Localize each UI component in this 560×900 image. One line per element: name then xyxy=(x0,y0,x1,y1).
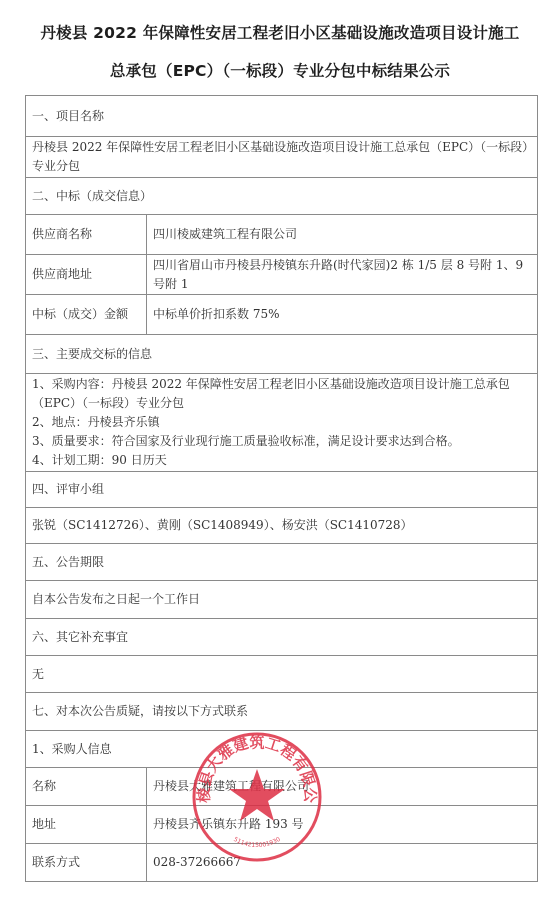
contact-heading: 七、对本次公告质疑，请按以下方式联系 xyxy=(26,693,538,731)
main-info-line-3: 3、质量要求：符合国家及行业现行施工质量验收标准，满足设计要求达到合格。 xyxy=(32,432,531,451)
table-row: 地址 丹棱县齐乐镇东升路 193 号 xyxy=(26,806,538,844)
notice-period-heading: 五、公告期限 xyxy=(26,544,538,581)
purchaser-name-label: 名称 xyxy=(26,768,147,806)
supplier-address-value: 四川省眉山市丹棱县丹棱镇东升路(时代家园)2 栋 1/5 层 8 号附 1、9 … xyxy=(147,255,538,295)
supplier-name-value: 四川棱威建筑工程有限公司 xyxy=(147,215,538,255)
supplier-address-label: 供应商地址 xyxy=(26,255,147,295)
table-row: 名称 丹棱县大雅建筑工程有限公司 xyxy=(26,768,538,806)
main-info-line-4: 4、计划工期：90 日历天 xyxy=(32,451,531,470)
bid-amount-value: 中标单价折扣系数 75% xyxy=(147,295,538,335)
purchaser-address-value: 丹棱县齐乐镇东升路 193 号 xyxy=(147,806,538,844)
bid-amount-label: 中标（成交）金额 xyxy=(26,295,147,335)
table-row: 联系方式 028-37266667 xyxy=(26,844,538,882)
winner-heading: 二、中标（成交信息） xyxy=(26,178,538,215)
purchaser-phone-value: 028-37266667 xyxy=(147,844,538,882)
main-info-line-2: 2、地点：丹棱县齐乐镇 xyxy=(32,413,531,432)
document-title-line2: 总承包（EPC）（一标段）专业分包中标结果公示 xyxy=(0,59,560,81)
purchaser-name-value: 丹棱县大雅建筑工程有限公司 xyxy=(147,768,538,806)
review-panel-value: 张锐（SC1412726）、黄刚（SC1408949）、杨安洪（SC141072… xyxy=(26,508,538,544)
table-row: 供应商名称 四川棱威建筑工程有限公司 xyxy=(26,215,538,255)
other-matters-heading: 六、其它补充事宜 xyxy=(26,619,538,656)
other-matters-value: 无 xyxy=(26,656,538,693)
notice-period-value: 自本公告发布之日起一个工作日 xyxy=(26,581,538,619)
project-name-value: 丹棱县 2022 年保障性安居工程老旧小区基础设施改造项目设计施工总承包（EPC… xyxy=(26,137,538,178)
purchaser-address-label: 地址 xyxy=(26,806,147,844)
project-name-heading: 一、项目名称 xyxy=(26,96,538,137)
purchaser-info-heading: 1、采购人信息 xyxy=(26,731,538,768)
announcement-table: 一、项目名称 丹棱县 2022 年保障性安居工程老旧小区基础设施改造项目设计施工… xyxy=(25,95,538,882)
purchaser-phone-label: 联系方式 xyxy=(26,844,147,882)
main-info-line-1: 1、采购内容：丹棱县 2022 年保障性安居工程老旧小区基础设施改造项目设计施工… xyxy=(32,375,531,413)
review-panel-heading: 四、评审小组 xyxy=(26,472,538,508)
document-title-line1: 丹棱县 2022 年保障性安居工程老旧小区基础设施改造项目设计施工 xyxy=(0,21,560,43)
table-row: 中标（成交）金额 中标单价折扣系数 75% xyxy=(26,295,538,335)
section-heading-row: 一、项目名称 xyxy=(26,96,538,137)
main-info-heading: 三、主要成交标的信息 xyxy=(26,335,538,374)
supplier-name-label: 供应商名称 xyxy=(26,215,147,255)
main-info-body: 1、采购内容：丹棱县 2022 年保障性安居工程老旧小区基础设施改造项目设计施工… xyxy=(26,374,538,472)
table-row: 供应商地址 四川省眉山市丹棱县丹棱镇东升路(时代家园)2 栋 1/5 层 8 号… xyxy=(26,255,538,295)
